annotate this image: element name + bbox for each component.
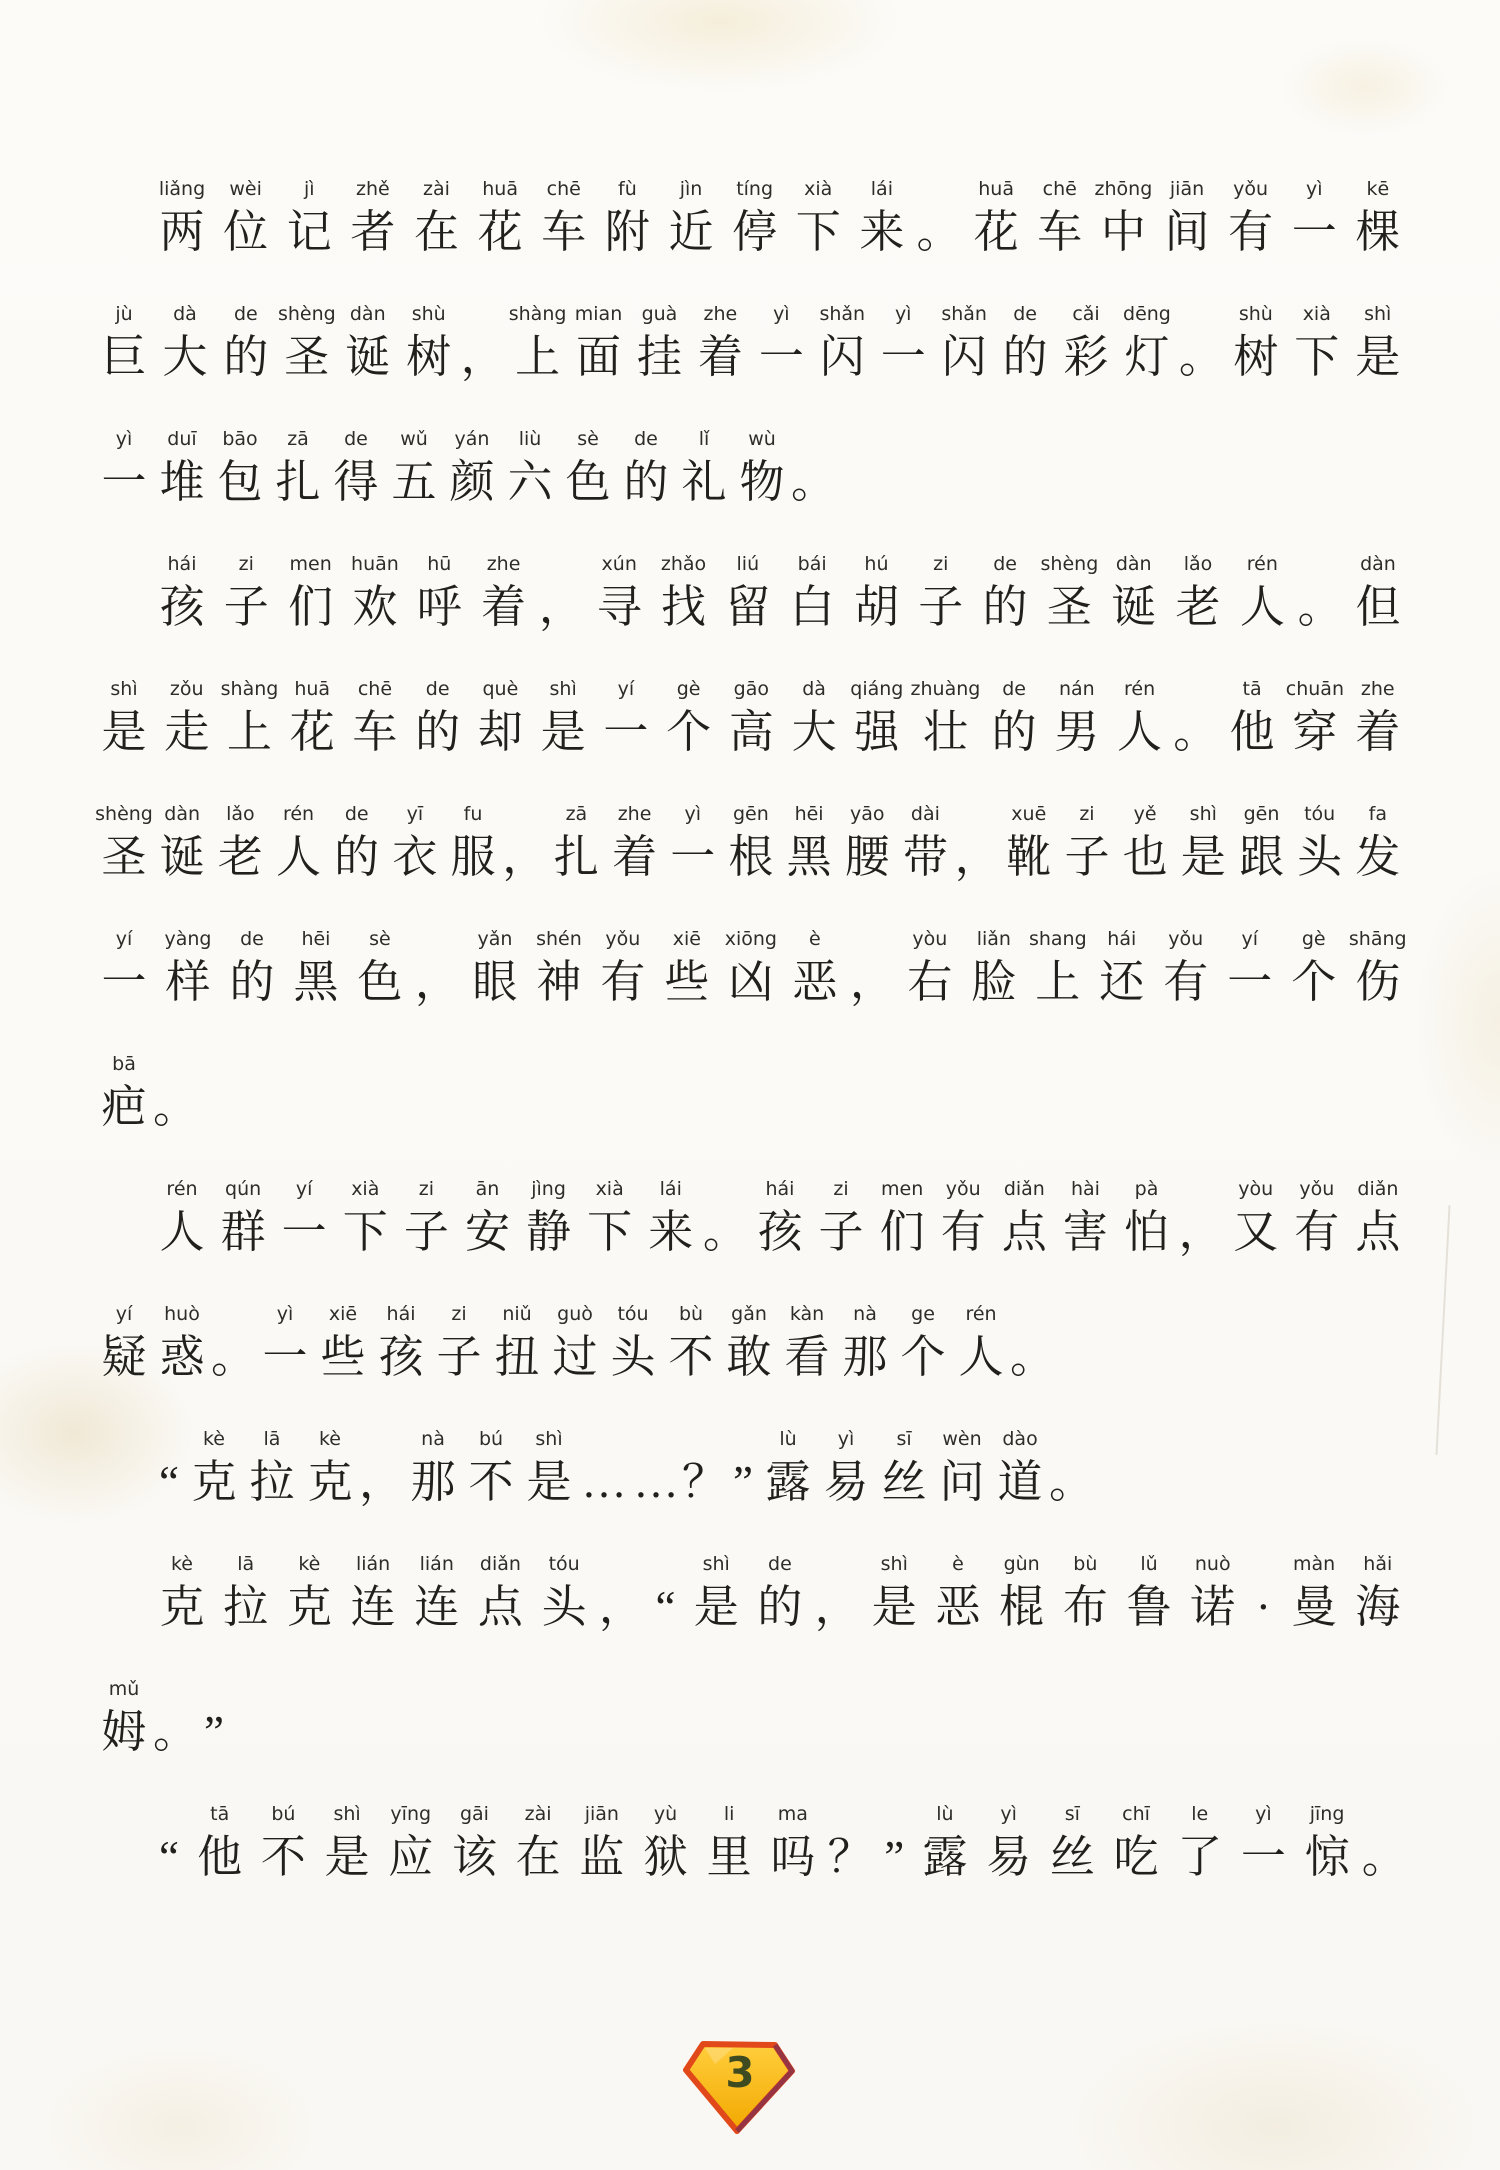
hanzi: 一: [1227, 953, 1272, 1011]
pinyin: fu: [464, 801, 483, 828]
pinyin: lù: [936, 1801, 953, 1828]
pinyin-hanzi-cell: shǎn闪: [813, 301, 871, 400]
pinyin-hanzi-cell: yǒu有: [594, 926, 652, 1025]
pinyin-hanzi-cell: zài在: [408, 176, 466, 275]
hanzi: 一: [1241, 1828, 1286, 1886]
pinyin-hanzi-cell: kàn看: [778, 1301, 836, 1400]
pinyin: zhuàng: [911, 676, 981, 703]
hanzi: 服: [451, 828, 496, 886]
pinyin-hanzi-cell: kē棵: [1349, 176, 1407, 275]
pinyin-hanzi-cell: hái还: [1093, 926, 1151, 1025]
text-line: “kè克lā拉kè克，nà那bú不shì是……？”lù露yì易sī丝wèn问dà…: [95, 1400, 1407, 1525]
pinyin: shì: [1190, 801, 1217, 828]
hanzi: 却: [478, 703, 523, 761]
pinyin-hanzi-cell: zhe着: [606, 801, 664, 900]
pinyin: nà: [853, 1301, 877, 1328]
pinyin-hanzi-cell: shì是: [95, 676, 153, 775]
pinyin: bái: [798, 551, 827, 578]
pinyin: shàng: [221, 676, 279, 703]
pinyin: shǎn: [819, 301, 865, 328]
pinyin-hanzi-cell: diǎn点: [995, 1176, 1053, 1275]
pinyin-hanzi-cell: de的: [751, 1551, 809, 1650]
hanzi: 中: [1101, 203, 1146, 261]
hanzi: 右: [907, 953, 952, 1011]
hanzi: 伤: [1355, 953, 1400, 1011]
hanzi: ？: [828, 1828, 873, 1886]
pinyin-hanzi-cell: jiān间: [1158, 176, 1216, 275]
pinyin: dà: [802, 676, 826, 703]
punct-cell: ”: [878, 1801, 910, 1900]
pinyin: lái: [871, 176, 893, 203]
pinyin: zā: [287, 426, 309, 453]
pinyin-hanzi-cell: yì易: [980, 1801, 1038, 1900]
text-line: liǎng两wèi位jì记zhě者zài在huā花chē车fù附jìn近tíng…: [95, 150, 1407, 275]
pinyin-hanzi-cell: jīng惊: [1298, 1801, 1356, 1900]
hanzi: 巨: [101, 328, 146, 386]
pinyin: yì: [684, 801, 701, 828]
hanzi: 他: [1230, 703, 1275, 761]
hanzi: …: [634, 1453, 679, 1511]
hanzi: 白: [790, 578, 835, 636]
pinyin: xuē: [1011, 801, 1046, 828]
hanzi: 位: [223, 203, 268, 261]
text-line: shèng圣dàn诞lǎo老rén人de的yī衣fu服，zā扎zhe着yì一gē…: [95, 775, 1407, 900]
hanzi: 。: [153, 1703, 198, 1761]
pinyin-hanzi-cell: xià下: [789, 176, 847, 275]
pinyin-hanzi-cell: le了: [1171, 1801, 1229, 1900]
pinyin-hanzi-cell: hēi黑: [780, 801, 838, 900]
hanzi: ”: [733, 1453, 753, 1511]
pinyin-hanzi-cell: yì一: [664, 801, 722, 900]
pinyin-hanzi-cell: de的: [996, 301, 1054, 400]
hanzi: 海: [1355, 1578, 1400, 1636]
text-line: yí一yàng样de的hēi黑sè色，yǎn眼shén神yǒu有xiē些xiōn…: [95, 900, 1407, 1025]
hanzi: 子: [819, 1203, 864, 1261]
pinyin-hanzi-cell: gāo高: [722, 676, 780, 775]
hanzi: 点: [478, 1578, 523, 1636]
pinyin: shèng: [1041, 551, 1099, 578]
hanzi: 物: [739, 453, 784, 511]
pinyin-hanzi-cell: sè色: [351, 926, 409, 1025]
hanzi: 人: [276, 828, 321, 886]
hanzi: “: [159, 1828, 179, 1886]
pinyin-hanzi-cell: zi子: [1058, 801, 1116, 900]
pinyin-hanzi-cell: yán颜: [443, 426, 501, 525]
pinyin-hanzi-cell: sī丝: [1043, 1801, 1101, 1900]
page-number-gem: 3: [683, 2036, 797, 2136]
pinyin-hanzi-cell: yì一: [95, 426, 153, 525]
pinyin-hanzi-cell: bú不: [462, 1426, 520, 1525]
hanzi: ，: [815, 1578, 860, 1636]
hanzi: 花: [290, 703, 335, 761]
pinyin: yàng: [164, 926, 211, 953]
pinyin: jì: [304, 176, 315, 203]
punct-cell: ，: [461, 301, 506, 400]
hanzi: 凶: [728, 953, 773, 1011]
pinyin-hanzi-cell: dà大: [785, 676, 843, 775]
pinyin-hanzi-cell: nuò诺: [1184, 1551, 1242, 1650]
pinyin: xiē: [329, 1301, 357, 1328]
hanzi: 。: [1010, 1328, 1055, 1386]
hanzi: 一: [603, 703, 648, 761]
pinyin: jiān: [585, 1801, 619, 1828]
hanzi: ”: [884, 1828, 904, 1886]
pinyin-hanzi-cell: lǎo老: [211, 801, 269, 900]
hanzi: 上: [227, 703, 272, 761]
hanzi: 连: [414, 1578, 459, 1636]
pinyin: yì: [277, 1301, 294, 1328]
hanzi: 鲁: [1127, 1578, 1172, 1636]
punct-cell: 。: [1298, 551, 1343, 650]
hanzi: 该: [452, 1828, 497, 1886]
pinyin-hanzi-cell: fa发: [1349, 801, 1407, 900]
hanzi: 克: [307, 1453, 352, 1511]
hanzi: 是: [694, 1578, 739, 1636]
pinyin-hanzi-cell: chī吃: [1107, 1801, 1165, 1900]
hanzi: 的: [983, 578, 1028, 636]
hanzi: 。: [211, 1328, 256, 1386]
pinyin: yì: [1000, 1801, 1017, 1828]
pinyin: yǒu: [1233, 176, 1268, 203]
pinyin: zhe: [1361, 676, 1395, 703]
text-line: yí疑huò惑。yì一xiē些hái孩zi子niǔ扭guò过tóu头bù不gǎn…: [95, 1275, 1407, 1400]
hanzi: 还: [1099, 953, 1144, 1011]
text-line: shì是zǒu走shàng上huā花chē车de的què却shì是yí一gè个g…: [95, 650, 1407, 775]
pinyin: huā: [294, 676, 330, 703]
pinyin-hanzi-cell: zi子: [217, 551, 275, 650]
pinyin: yí: [116, 926, 133, 953]
pinyin: wèn: [942, 1426, 981, 1453]
pinyin: de: [344, 426, 368, 453]
hanzi: ，: [955, 828, 1000, 886]
pinyin: shì: [703, 1551, 730, 1578]
pinyin-hanzi-cell: shì是: [687, 1551, 745, 1650]
hanzi: 监: [579, 1828, 624, 1886]
pinyin: kè: [171, 1551, 193, 1578]
hanzi: 闪: [942, 328, 987, 386]
pinyin-hanzi-cell: shì是: [520, 1426, 578, 1525]
punct-cell: “: [153, 1801, 185, 1900]
hanzi: 拉: [249, 1453, 294, 1511]
hanzi: 神: [536, 953, 581, 1011]
pinyin: shì: [881, 1551, 908, 1578]
hanzi: 。: [153, 1078, 198, 1136]
pinyin-hanzi-cell: yǒu有: [1288, 1176, 1346, 1275]
hanzi: 强: [854, 703, 899, 761]
pinyin: jìng: [531, 1176, 566, 1203]
pinyin: diǎn: [480, 1551, 521, 1578]
pinyin: yì: [1255, 1801, 1272, 1828]
pinyin-hanzi-cell: de的: [328, 801, 386, 900]
pinyin: de: [234, 301, 258, 328]
pinyin-hanzi-cell: zi子: [812, 1176, 870, 1275]
pinyin-hanzi-cell: yàng样: [159, 926, 217, 1025]
pinyin: dàn: [1360, 551, 1396, 578]
pinyin: gāo: [734, 676, 769, 703]
pinyin-hanzi-cell: zhe着: [475, 551, 533, 650]
hanzi: 。: [1049, 1453, 1094, 1511]
hanzi: 着: [1355, 703, 1400, 761]
hanzi: 穿: [1292, 703, 1337, 761]
pinyin: bāo: [222, 426, 257, 453]
pinyin: zi: [239, 551, 254, 578]
pinyin: hēi: [301, 926, 330, 953]
hanzi: 安: [465, 1203, 510, 1261]
pinyin: dàn: [164, 801, 200, 828]
pinyin-hanzi-cell: lǎo老: [1169, 551, 1227, 650]
hanzi: 有: [1163, 953, 1208, 1011]
hanzi: 但: [1355, 578, 1400, 636]
pinyin-hanzi-cell: liú留: [719, 551, 777, 650]
hanzi: 子: [224, 578, 269, 636]
hanzi: 找: [661, 578, 706, 636]
pinyin-hanzi-cell: men们: [873, 1176, 931, 1275]
pinyin: qiáng: [850, 676, 903, 703]
pinyin-hanzi-cell: yǒu有: [1157, 926, 1215, 1025]
pinyin: lián: [356, 1551, 390, 1578]
hanzi: 恶: [935, 1578, 980, 1636]
hanzi: 一: [759, 328, 804, 386]
pinyin: wèi: [229, 176, 262, 203]
pinyin-hanzi-cell: lù露: [916, 1801, 974, 1900]
punct-cell: 。: [1010, 1301, 1055, 1400]
hanzi: 孩: [159, 578, 204, 636]
hanzi: 着: [612, 828, 657, 886]
pinyin-hanzi-cell: niǔ扭: [488, 1301, 546, 1400]
punct-cell: 。: [791, 426, 836, 525]
pinyin-hanzi-cell: jù巨: [95, 301, 153, 400]
pinyin: nà: [421, 1426, 445, 1453]
pinyin: yí: [116, 1301, 133, 1328]
pinyin-hanzi-cell: fù附: [598, 176, 656, 275]
hanzi: 。: [791, 453, 836, 511]
hanzi: 根: [728, 828, 773, 886]
pinyin: bù: [679, 1301, 703, 1328]
hanzi: 丝: [1050, 1828, 1095, 1886]
pinyin: le: [1191, 1801, 1208, 1828]
pinyin: chē: [547, 176, 581, 203]
pinyin: zā: [566, 801, 588, 828]
hanzi: 看: [785, 1328, 830, 1386]
pinyin-hanzi-cell: zhuàng壮: [911, 676, 981, 775]
text-line: bā疤。: [95, 1025, 1407, 1150]
hanzi: 是: [527, 1453, 572, 1511]
hanzi: 恶: [792, 953, 837, 1011]
pinyin-hanzi-cell: liǎng两: [153, 176, 211, 275]
pinyin: sī: [1065, 1801, 1080, 1828]
pinyin-hanzi-cell: xiē些: [314, 1301, 372, 1400]
hanzi: 的: [334, 828, 379, 886]
hanzi: 胡: [854, 578, 899, 636]
hanzi: 敢: [727, 1328, 772, 1386]
pinyin-hanzi-cell: dàn但: [1349, 551, 1407, 650]
punct-cell: ”: [198, 1676, 230, 1775]
hanzi: 一: [101, 453, 146, 511]
punct-cell: 。: [211, 1301, 256, 1400]
pinyin-hanzi-cell: chuān穿: [1286, 676, 1344, 775]
pinyin: de: [768, 1551, 792, 1578]
pinyin: shèng: [278, 301, 336, 328]
hanzi: 不: [669, 1328, 714, 1386]
pinyin-hanzi-cell: gè个: [1285, 926, 1343, 1025]
pinyin: shì: [550, 676, 577, 703]
hanzi: 们: [288, 578, 333, 636]
pinyin-hanzi-cell: zi子: [912, 551, 970, 650]
hanzi: 了: [1177, 1828, 1222, 1886]
pinyin: zhě: [356, 176, 390, 203]
pinyin: dài: [911, 801, 940, 828]
hanzi: 一: [101, 953, 146, 1011]
pinyin: gēn: [733, 801, 769, 828]
pinyin-hanzi-cell: lái来: [642, 1176, 700, 1275]
hanzi: 得: [333, 453, 378, 511]
pinyin-hanzi-cell: huā花: [967, 176, 1025, 275]
hanzi: 姆: [101, 1703, 146, 1761]
pinyin: bú: [271, 1801, 295, 1828]
hanzi: ，: [461, 328, 506, 386]
pinyin: liǎn: [977, 926, 1011, 953]
pinyin-hanzi-cell: de的: [976, 551, 1034, 650]
hanzi: ”: [204, 1703, 224, 1761]
pinyin: lǎo: [1184, 551, 1213, 578]
pinyin-hanzi-cell: de的: [223, 926, 281, 1025]
hanzi: 不: [469, 1453, 514, 1511]
hanzi: 是: [101, 703, 146, 761]
pinyin-hanzi-cell: rén人: [1111, 676, 1169, 775]
pinyin: hǎi: [1363, 1551, 1392, 1578]
page-text: liǎng两wèi位jì记zhě者zài在huā花chē车fù附jìn近tíng…: [95, 150, 1407, 1900]
pinyin: zhe: [704, 301, 738, 328]
pinyin-hanzi-cell: dàn诞: [153, 801, 211, 900]
pinyin-hanzi-cell: liǎn脸: [965, 926, 1023, 1025]
pinyin: ān: [476, 1176, 500, 1203]
hanzi: 花: [478, 203, 523, 261]
hanzi: 他: [197, 1828, 242, 1886]
pinyin-hanzi-cell: mǔ姆: [95, 1676, 153, 1775]
pinyin: lù: [779, 1426, 796, 1453]
hanzi: 间: [1165, 203, 1210, 261]
pinyin: jīng: [1310, 1801, 1345, 1828]
punct-cell: …: [578, 1426, 630, 1525]
pinyin-hanzi-cell: guà挂: [630, 301, 688, 400]
pinyin-hanzi-cell: shù树: [1227, 301, 1285, 400]
pinyin-hanzi-cell: shèng圣: [1040, 551, 1098, 650]
hanzi: 花: [974, 203, 1019, 261]
pinyin-hanzi-cell: gēn跟: [1232, 801, 1290, 900]
pinyin-hanzi-cell: shì是: [534, 676, 592, 775]
pinyin-hanzi-cell: yǒu有: [934, 1176, 992, 1275]
pinyin-hanzi-cell: lǔ鲁: [1120, 1551, 1178, 1650]
pinyin-hanzi-cell: xiōng凶: [722, 926, 780, 1025]
pinyin: shàng: [509, 301, 567, 328]
pinyin: mǔ: [109, 1676, 140, 1703]
hanzi: 诞: [345, 328, 390, 386]
pinyin: màn: [1293, 1551, 1335, 1578]
hanzi: 色: [357, 953, 402, 1011]
pinyin: men: [881, 1176, 923, 1203]
hanzi: 害: [1063, 1203, 1108, 1261]
pinyin: nuò: [1195, 1551, 1231, 1578]
hanzi: 大: [162, 328, 207, 386]
hanzi: 一: [670, 828, 715, 886]
pinyin: duī: [167, 426, 196, 453]
punct-cell: 。: [703, 1176, 748, 1275]
pinyin-hanzi-cell: chē车: [1031, 176, 1089, 275]
hanzi: 脸: [971, 953, 1016, 1011]
pinyin: sī: [896, 1426, 911, 1453]
pinyin: hū: [427, 551, 451, 578]
hanzi: 两: [159, 203, 204, 261]
hanzi: ，: [1179, 1203, 1224, 1261]
pinyin-hanzi-cell: nà那: [404, 1426, 462, 1525]
pinyin: gǎn: [731, 1301, 767, 1328]
hanzi: 腰: [845, 828, 890, 886]
pinyin: lǐ: [699, 426, 710, 453]
hanzi: 黑: [787, 828, 832, 886]
pinyin-hanzi-cell: xuē靴: [1000, 801, 1058, 900]
pinyin: xià: [1303, 301, 1331, 328]
pinyin: lā: [264, 1426, 281, 1453]
hanzi: 靴: [1006, 828, 1051, 886]
pinyin-hanzi-cell: yí一: [95, 926, 153, 1025]
pinyin: zi: [451, 1301, 466, 1328]
hanzi: 个: [901, 1328, 946, 1386]
pinyin-hanzi-cell: zā扎: [547, 801, 605, 900]
hanzi: 是: [541, 703, 586, 761]
pinyin: xiē: [673, 926, 701, 953]
pinyin: yǒu: [1299, 1176, 1334, 1203]
hanzi: 点: [1355, 1203, 1400, 1261]
pinyin-hanzi-cell: jìn近: [662, 176, 720, 275]
pinyin: què: [483, 676, 519, 703]
hanzi: 人: [159, 1203, 204, 1261]
pinyin-hanzi-cell: wèi位: [217, 176, 275, 275]
hanzi: 里: [707, 1828, 752, 1886]
pinyin: mian: [575, 301, 622, 328]
pinyin-hanzi-cell: dàn诞: [1105, 551, 1163, 650]
pinyin: shù: [412, 301, 446, 328]
pinyin: sè: [369, 926, 391, 953]
hanzi: 一: [263, 1328, 308, 1386]
pinyin-hanzi-cell: è恶: [786, 926, 844, 1025]
pinyin: zhǎo: [661, 551, 706, 578]
pinyin: guò: [557, 1301, 593, 1328]
pinyin: qún: [225, 1176, 261, 1203]
pinyin: tā: [1243, 676, 1262, 703]
pinyin-hanzi-cell: zhǎo找: [655, 551, 713, 650]
hanzi: 布: [1063, 1578, 1108, 1636]
pinyin: tóu: [549, 1551, 580, 1578]
hanzi: 。: [917, 203, 962, 261]
pinyin: zi: [1079, 801, 1094, 828]
pinyin-hanzi-cell: qún群: [214, 1176, 272, 1275]
hanzi: 个: [666, 703, 711, 761]
hanzi: 个: [1291, 953, 1336, 1011]
pinyin-hanzi-cell: shì是: [318, 1801, 376, 1900]
hanzi: 五: [391, 453, 436, 511]
pinyin: lái: [660, 1176, 682, 1203]
hanzi: 棍: [999, 1578, 1044, 1636]
pinyin: fa: [1369, 801, 1387, 828]
pinyin-hanzi-cell: kè克: [185, 1426, 243, 1525]
hanzi: 露: [766, 1453, 811, 1511]
hanzi: 扭: [495, 1328, 540, 1386]
pinyin: kè: [203, 1426, 225, 1453]
pinyin: gāi: [460, 1801, 489, 1828]
pinyin: rén: [965, 1301, 996, 1328]
pinyin: yě: [1134, 801, 1157, 828]
hanzi: 附: [605, 203, 650, 261]
